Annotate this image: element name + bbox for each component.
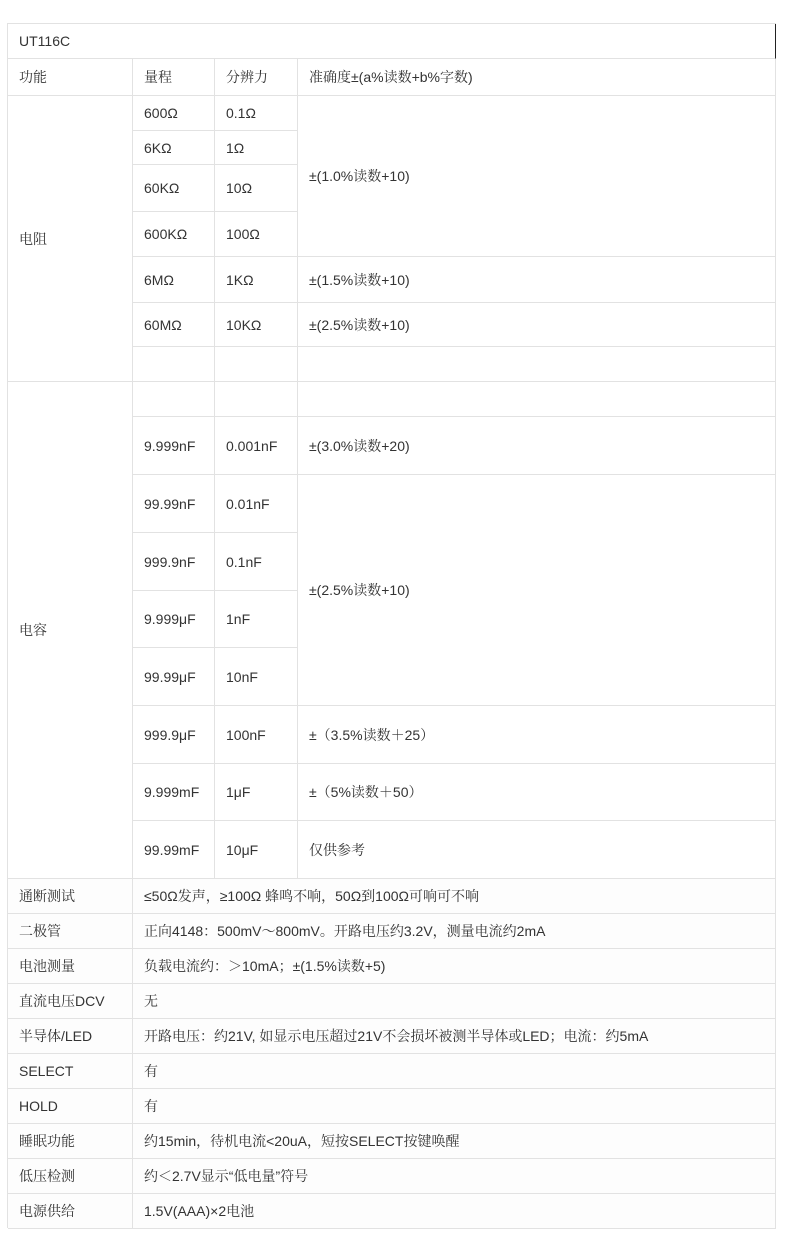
table-row-range: 9.999μF — [133, 591, 215, 648]
feature-value: ≤50Ω发声，≥100Ω 蜂鸣不响，50Ω到100Ω可响可不响 — [133, 879, 776, 914]
table-row-resolution: 0.1nF — [215, 533, 298, 591]
feature-label: 睡眠功能 — [8, 1124, 133, 1159]
table-row-range: 600Ω — [133, 96, 215, 131]
feature-label: 通断测试 — [8, 879, 133, 914]
table-row-range: 999.9μF — [133, 706, 215, 764]
header-accuracy: 准确度±(a%读数+b%字数) — [298, 59, 776, 96]
table-row-range: 600KΩ — [133, 212, 215, 257]
feature-label: 电源供给 — [8, 1194, 133, 1229]
table-row-resolution: 1μF — [215, 764, 298, 821]
table-row-range: 9.999nF — [133, 417, 215, 475]
accuracy-resistance-1: ±(1.0%读数+10) — [298, 96, 776, 257]
feature-value: 无 — [133, 984, 776, 1019]
feature-value: 1.5V(AAA)×2电池 — [133, 1194, 776, 1229]
feature-label: SELECT — [8, 1054, 133, 1089]
feature-value: 约＜2.7V显示“低电量”符号 — [133, 1159, 776, 1194]
table-row-resolution: 1nF — [215, 591, 298, 648]
feature-value: 正向4148：500mV～800mV。开路电压约3.2V，测量电流约2mA — [133, 914, 776, 949]
table-row-resolution: 1KΩ — [215, 257, 298, 303]
table-row-range — [133, 347, 215, 382]
table-row-range: 9.999mF — [133, 764, 215, 821]
table-row-resolution: 10nF — [215, 648, 298, 706]
table-title: UT116C — [8, 24, 776, 59]
model-name: UT116C — [19, 30, 70, 52]
accuracy-capacitance-2: ±(2.5%读数+10) — [298, 475, 776, 706]
accuracy-capacitance-1: ±(3.0%读数+20) — [298, 417, 776, 475]
spec-table: UT116C 功能 量程 分辨力 准确度±(a%读数+b%字数) 电阻 600Ω… — [7, 23, 776, 1228]
feature-label: 低压检测 — [8, 1159, 133, 1194]
table-row-resolution: 100nF — [215, 706, 298, 764]
table-row-range: 6KΩ — [133, 131, 215, 165]
accuracy-capacitance-empty — [298, 382, 776, 417]
table-row-resolution: 0.1Ω — [215, 96, 298, 131]
feature-value: 有 — [133, 1054, 776, 1089]
table-row-range: 99.99nF — [133, 475, 215, 533]
feature-label: HOLD — [8, 1089, 133, 1124]
feature-label: 电池测量 — [8, 949, 133, 984]
table-row-resolution — [215, 382, 298, 417]
feature-value: 开路电压：约21V, 如显示电压超过21V不会损坏被测半导体或LED；电流：约5… — [133, 1019, 776, 1054]
table-row-resolution: 0.01nF — [215, 475, 298, 533]
feature-label: 半导体/LED — [8, 1019, 133, 1054]
table-row-resolution: 0.001nF — [215, 417, 298, 475]
table-row-resolution: 10Ω — [215, 165, 298, 212]
feature-value: 有 — [133, 1089, 776, 1124]
accuracy-capacitance-4: ±（5%读数＋50） — [298, 764, 776, 821]
table-row-range: 60KΩ — [133, 165, 215, 212]
feature-value: 负载电流约：＞10mA；±(1.5%读数+5) — [133, 949, 776, 984]
accuracy-resistance-3: ±(2.5%读数+10) — [298, 303, 776, 347]
accuracy-resistance-empty — [298, 347, 776, 382]
table-row-range: 99.99mF — [133, 821, 215, 879]
function-resistance: 电阻 — [8, 96, 133, 382]
table-row-range: 60MΩ — [133, 303, 215, 347]
table-row-resolution: 1Ω — [215, 131, 298, 165]
header-resolution: 分辨力 — [215, 59, 298, 96]
table-row-range: 999.9nF — [133, 533, 215, 591]
header-range: 量程 — [133, 59, 215, 96]
feature-label: 直流电压DCV — [8, 984, 133, 1019]
table-row-resolution: 10KΩ — [215, 303, 298, 347]
feature-value: 约15min，待机电流<20uA，短按SELECT按键唤醒 — [133, 1124, 776, 1159]
table-row-range: 99.99μF — [133, 648, 215, 706]
feature-label: 二极管 — [8, 914, 133, 949]
table-row-range — [133, 382, 215, 417]
table-row-resolution — [215, 347, 298, 382]
header-function: 功能 — [8, 59, 133, 96]
function-capacitance: 电容 — [8, 382, 133, 879]
accuracy-resistance-2: ±(1.5%读数+10) — [298, 257, 776, 303]
table-row-range: 6MΩ — [133, 257, 215, 303]
accuracy-capacitance-3: ±（3.5%读数＋25） — [298, 706, 776, 764]
accuracy-capacitance-5: 仅供参考 — [298, 821, 776, 879]
table-row-resolution: 100Ω — [215, 212, 298, 257]
table-row-resolution: 10μF — [215, 821, 298, 879]
